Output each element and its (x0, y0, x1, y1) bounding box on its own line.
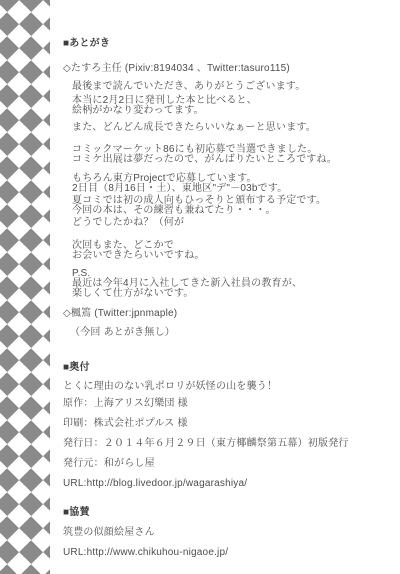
colophon-publish-date: 発行日：２０１４年６月２９日（東方椰麟祭第五幕）初版発行 (63, 438, 349, 449)
afterword-line: 楽しくて仕方がないです。 (72, 288, 194, 299)
author2-note: （今回 あとがき無し） (70, 327, 175, 338)
book-title: とくに理由のない乳ポロリが妖怪の山を襲う！ (63, 381, 277, 392)
colophon-printer: 印刷：株式会社ポプルス 様 (63, 418, 188, 429)
afterword-line: どうでしたかね？（何が (72, 217, 184, 228)
author2-credit: ◇楓篶 (Twitter:jpnmaple) (63, 308, 177, 319)
colophon-heading: ■奥付 (63, 362, 90, 373)
afterword-line: コミケ出展は夢だったので、がんばりたいところですね。 (72, 154, 337, 165)
afterword-line: 2日目（8月16日・土）、東地区"デ"－03bです。 (72, 183, 287, 194)
afterword-line: 今回の本は、その練習も兼ねてたり・・・。 (72, 205, 276, 216)
afterword-page: ■あとがき ◇たすろ主任 (Pixiv:8194034 、Twitter:tas… (0, 0, 400, 574)
sponsor-heading: ■協賛 (63, 507, 90, 518)
afterword-line: また、どんどん成長できたらいいなぁーと思います。 (72, 122, 316, 133)
author1-credit: ◇たすろ主任 (Pixiv:8194034 、Twitter:tasuro115… (63, 63, 290, 74)
sponsor-name: 筑豊の似顔絵屋さん (63, 527, 155, 538)
colophon-publisher: 発行元：和がらし屋 (63, 458, 155, 469)
colophon-original-work: 原作：上海アリス幻樂団 様 (63, 398, 188, 409)
afterword-line: 最後まで読んでいただき、ありがとうございます。 (72, 81, 305, 92)
afterword-line: お会いできたらいいですね。 (72, 250, 205, 261)
colophon-url: URL:http://blog.livedoor.jp/wagarashiya/ (63, 478, 247, 489)
afterword-line: 絵柄がかなり変わってます。 (72, 105, 204, 116)
sponsor-url: URL:http://www.chikuhou-nigaoe.jp/ (63, 547, 228, 558)
afterword-heading: ■あとがき (63, 38, 110, 49)
page-content: ■あとがき ◇たすろ主任 (Pixiv:8194034 、Twitter:tas… (0, 0, 400, 574)
